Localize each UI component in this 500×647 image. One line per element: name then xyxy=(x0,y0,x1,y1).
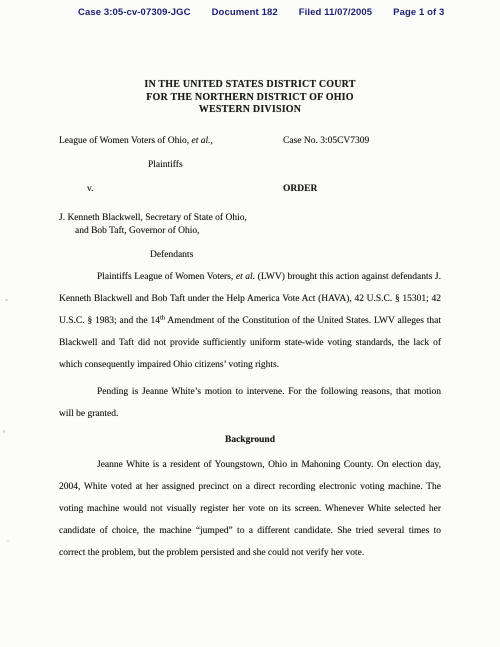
court-title-line-1: IN THE UNITED STATES DISTRICT COURT xyxy=(0,79,500,92)
court-title-line-2: FOR THE NORTHERN DISTRICT OF OHIO xyxy=(0,92,500,105)
scanned-court-document-page: Case 3:05-cv-07309-JGC Document 182 File… xyxy=(0,0,500,647)
court-title-line-3: WESTERN DIVISION xyxy=(0,104,500,117)
caption-order-label: ORDER xyxy=(283,184,317,194)
ecf-header-stamp: Case 3:05-cv-07309-JGC Document 182 File… xyxy=(78,7,444,18)
background-section-heading: Background xyxy=(59,429,441,451)
scan-artifact xyxy=(5,299,8,301)
caption-defendants-label: Defendants xyxy=(150,250,193,260)
plaintiff-etal-text: et al. xyxy=(191,136,210,146)
stamp-case-number: Case 3:05-cv-07309-JGC xyxy=(78,7,191,18)
order-body-text: Plaintiffs League of Women Voters, et al… xyxy=(59,266,441,564)
scan-artifact xyxy=(3,430,5,433)
paragraph-3: Jeanne White is a resident of Youngstown… xyxy=(59,454,441,564)
paragraph-2: Pending is Jeanne White’s motion to inte… xyxy=(59,381,441,425)
plaintiff-comma-text: , xyxy=(210,136,212,146)
paragraph-1: Plaintiffs League of Women Voters, et al… xyxy=(59,266,441,376)
caption-versus: v. xyxy=(87,184,94,194)
stamp-filed-date: Filed 11/07/2005 xyxy=(299,7,372,18)
court-title-block: IN THE UNITED STATES DISTRICT COURT FOR … xyxy=(0,79,500,117)
plaintiff-name-text: League of Women Voters of Ohio, xyxy=(59,136,191,146)
stamp-page-number: Page 1 of 3 xyxy=(393,7,444,18)
caption-plaintiffs-label: Plaintiffs xyxy=(148,160,183,170)
caption-plaintiff-name: League of Women Voters of Ohio, et al., xyxy=(59,136,213,146)
scan-artifact xyxy=(7,540,9,542)
caption-case-number: Case No. 3:05CV7309 xyxy=(283,136,369,146)
caption-defendant-line-2: and Bob Taft, Governor of Ohio, xyxy=(75,226,199,236)
paragraph-1-etal: et al. xyxy=(236,272,255,282)
caption-defendant-line-1: J. Kenneth Blackwell, Secretary of State… xyxy=(59,213,247,223)
stamp-document-number: Document 182 xyxy=(212,7,278,18)
paragraph-1-text: Plaintiffs League of Women Voters, xyxy=(97,272,236,282)
